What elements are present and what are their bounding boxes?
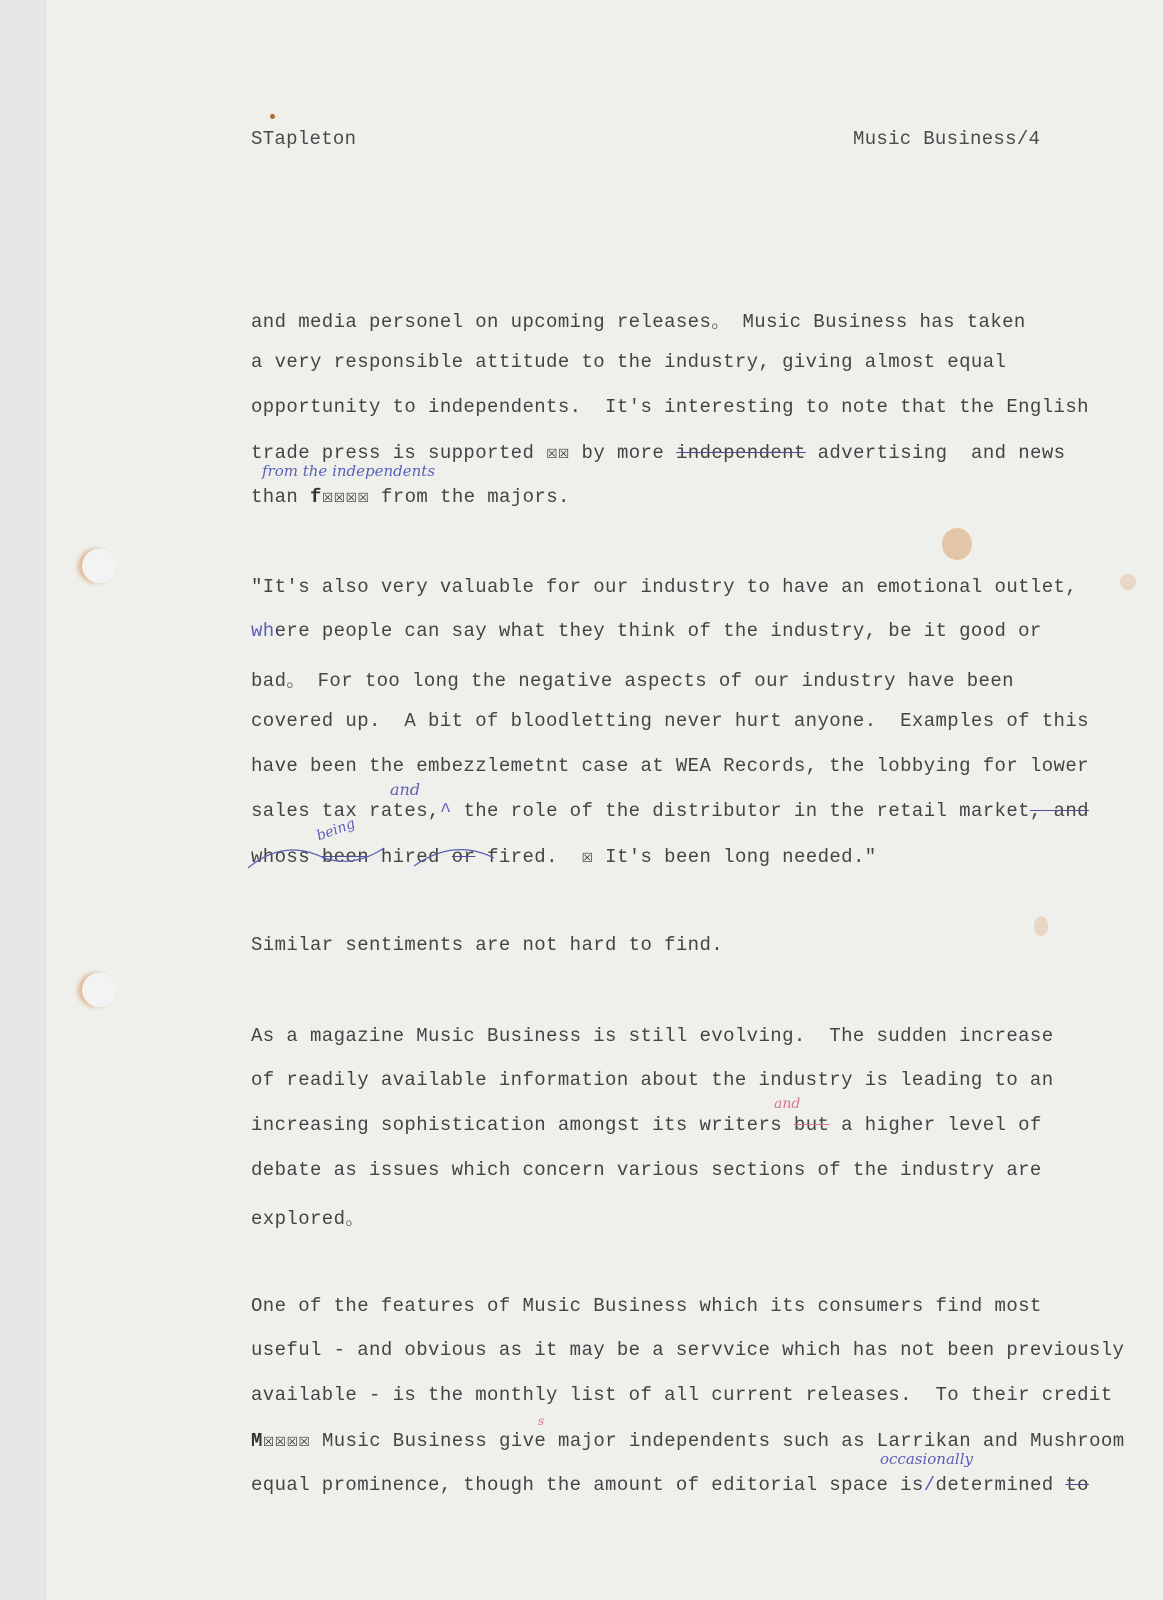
text-line: useful - and obvious as it may be a serv… (251, 1339, 1124, 1361)
rust-stain (942, 528, 972, 560)
struck-word: to (1065, 1474, 1089, 1496)
text-line: opportunity to independents. It's intere… (251, 396, 1089, 418)
text-line: sales tax rates,^ the role of the distri… (251, 800, 1089, 822)
handwritten-insertion: and (390, 780, 420, 799)
text-line: As a magazine Music Business is still ev… (251, 1025, 1054, 1047)
text-line: of readily available information about t… (251, 1069, 1054, 1091)
pen-transposition-loops (244, 828, 514, 878)
text-line: M☒☒☒☒ Music Business give major independ… (251, 1429, 1125, 1452)
struck-word: , and (1030, 800, 1089, 822)
typed-x-out: ☒☒ (546, 442, 570, 464)
scanner-background (0, 0, 46, 1600)
handwritten-insertion: from the independents (262, 462, 435, 480)
typed-x-out: M☒☒☒☒ (251, 1430, 310, 1452)
punch-hole-top (82, 549, 116, 583)
text-line: have been the embezzlemetnt case at WEA … (251, 755, 1089, 777)
typed-x-out: ☒ (582, 846, 594, 868)
ink-dot (270, 114, 275, 119)
handwritten-insertion: and (774, 1096, 800, 1112)
text-line: trade press is supported ☒☒ by more inde… (251, 441, 1065, 464)
text-line: a very responsible attitude to the indus… (251, 351, 1006, 373)
text-line: debate as issues which concern various s… (251, 1159, 1042, 1181)
text-line: covered up. A bit of bloodletting never … (251, 710, 1089, 732)
struck-word: but (794, 1114, 829, 1136)
text-line: equal prominence, though the amount of e… (251, 1474, 1089, 1496)
text-line: and media personel on upcoming releases。… (251, 306, 1026, 333)
text-line: Similar sentiments are not hard to find. (251, 934, 723, 956)
author-header: STapleton (251, 128, 356, 150)
caret-mark: ^ (440, 800, 452, 822)
text-line: "It's also very valuable for our industr… (251, 576, 1077, 598)
page-number-header: Music Business/4 (853, 128, 1040, 150)
struck-word: independent (676, 442, 806, 464)
caret-mark: / (924, 1474, 936, 1496)
pen-corrected-letters: wh (251, 620, 275, 642)
text-line: bad。 For too long the negative aspects o… (251, 665, 1014, 692)
text-line: than f☒☒☒☒ from the majors. (251, 485, 570, 508)
text-line: One of the features of Music Business wh… (251, 1295, 1042, 1317)
handwritten-insertion: occasionally (880, 1450, 973, 1468)
text-line: where people can say what they think of … (251, 620, 1042, 642)
typed-x-out: f☒☒☒☒ (310, 486, 369, 508)
rust-stain (1120, 574, 1136, 590)
rust-stain (1034, 916, 1048, 936)
text-line: explored。 (251, 1203, 365, 1230)
text-line: available - is the monthly list of all c… (251, 1384, 1113, 1406)
text-line: increasing sophistication amongst its wr… (251, 1114, 1042, 1136)
punch-hole-bottom (82, 973, 116, 1007)
handwritten-insertion: s (538, 1414, 544, 1428)
